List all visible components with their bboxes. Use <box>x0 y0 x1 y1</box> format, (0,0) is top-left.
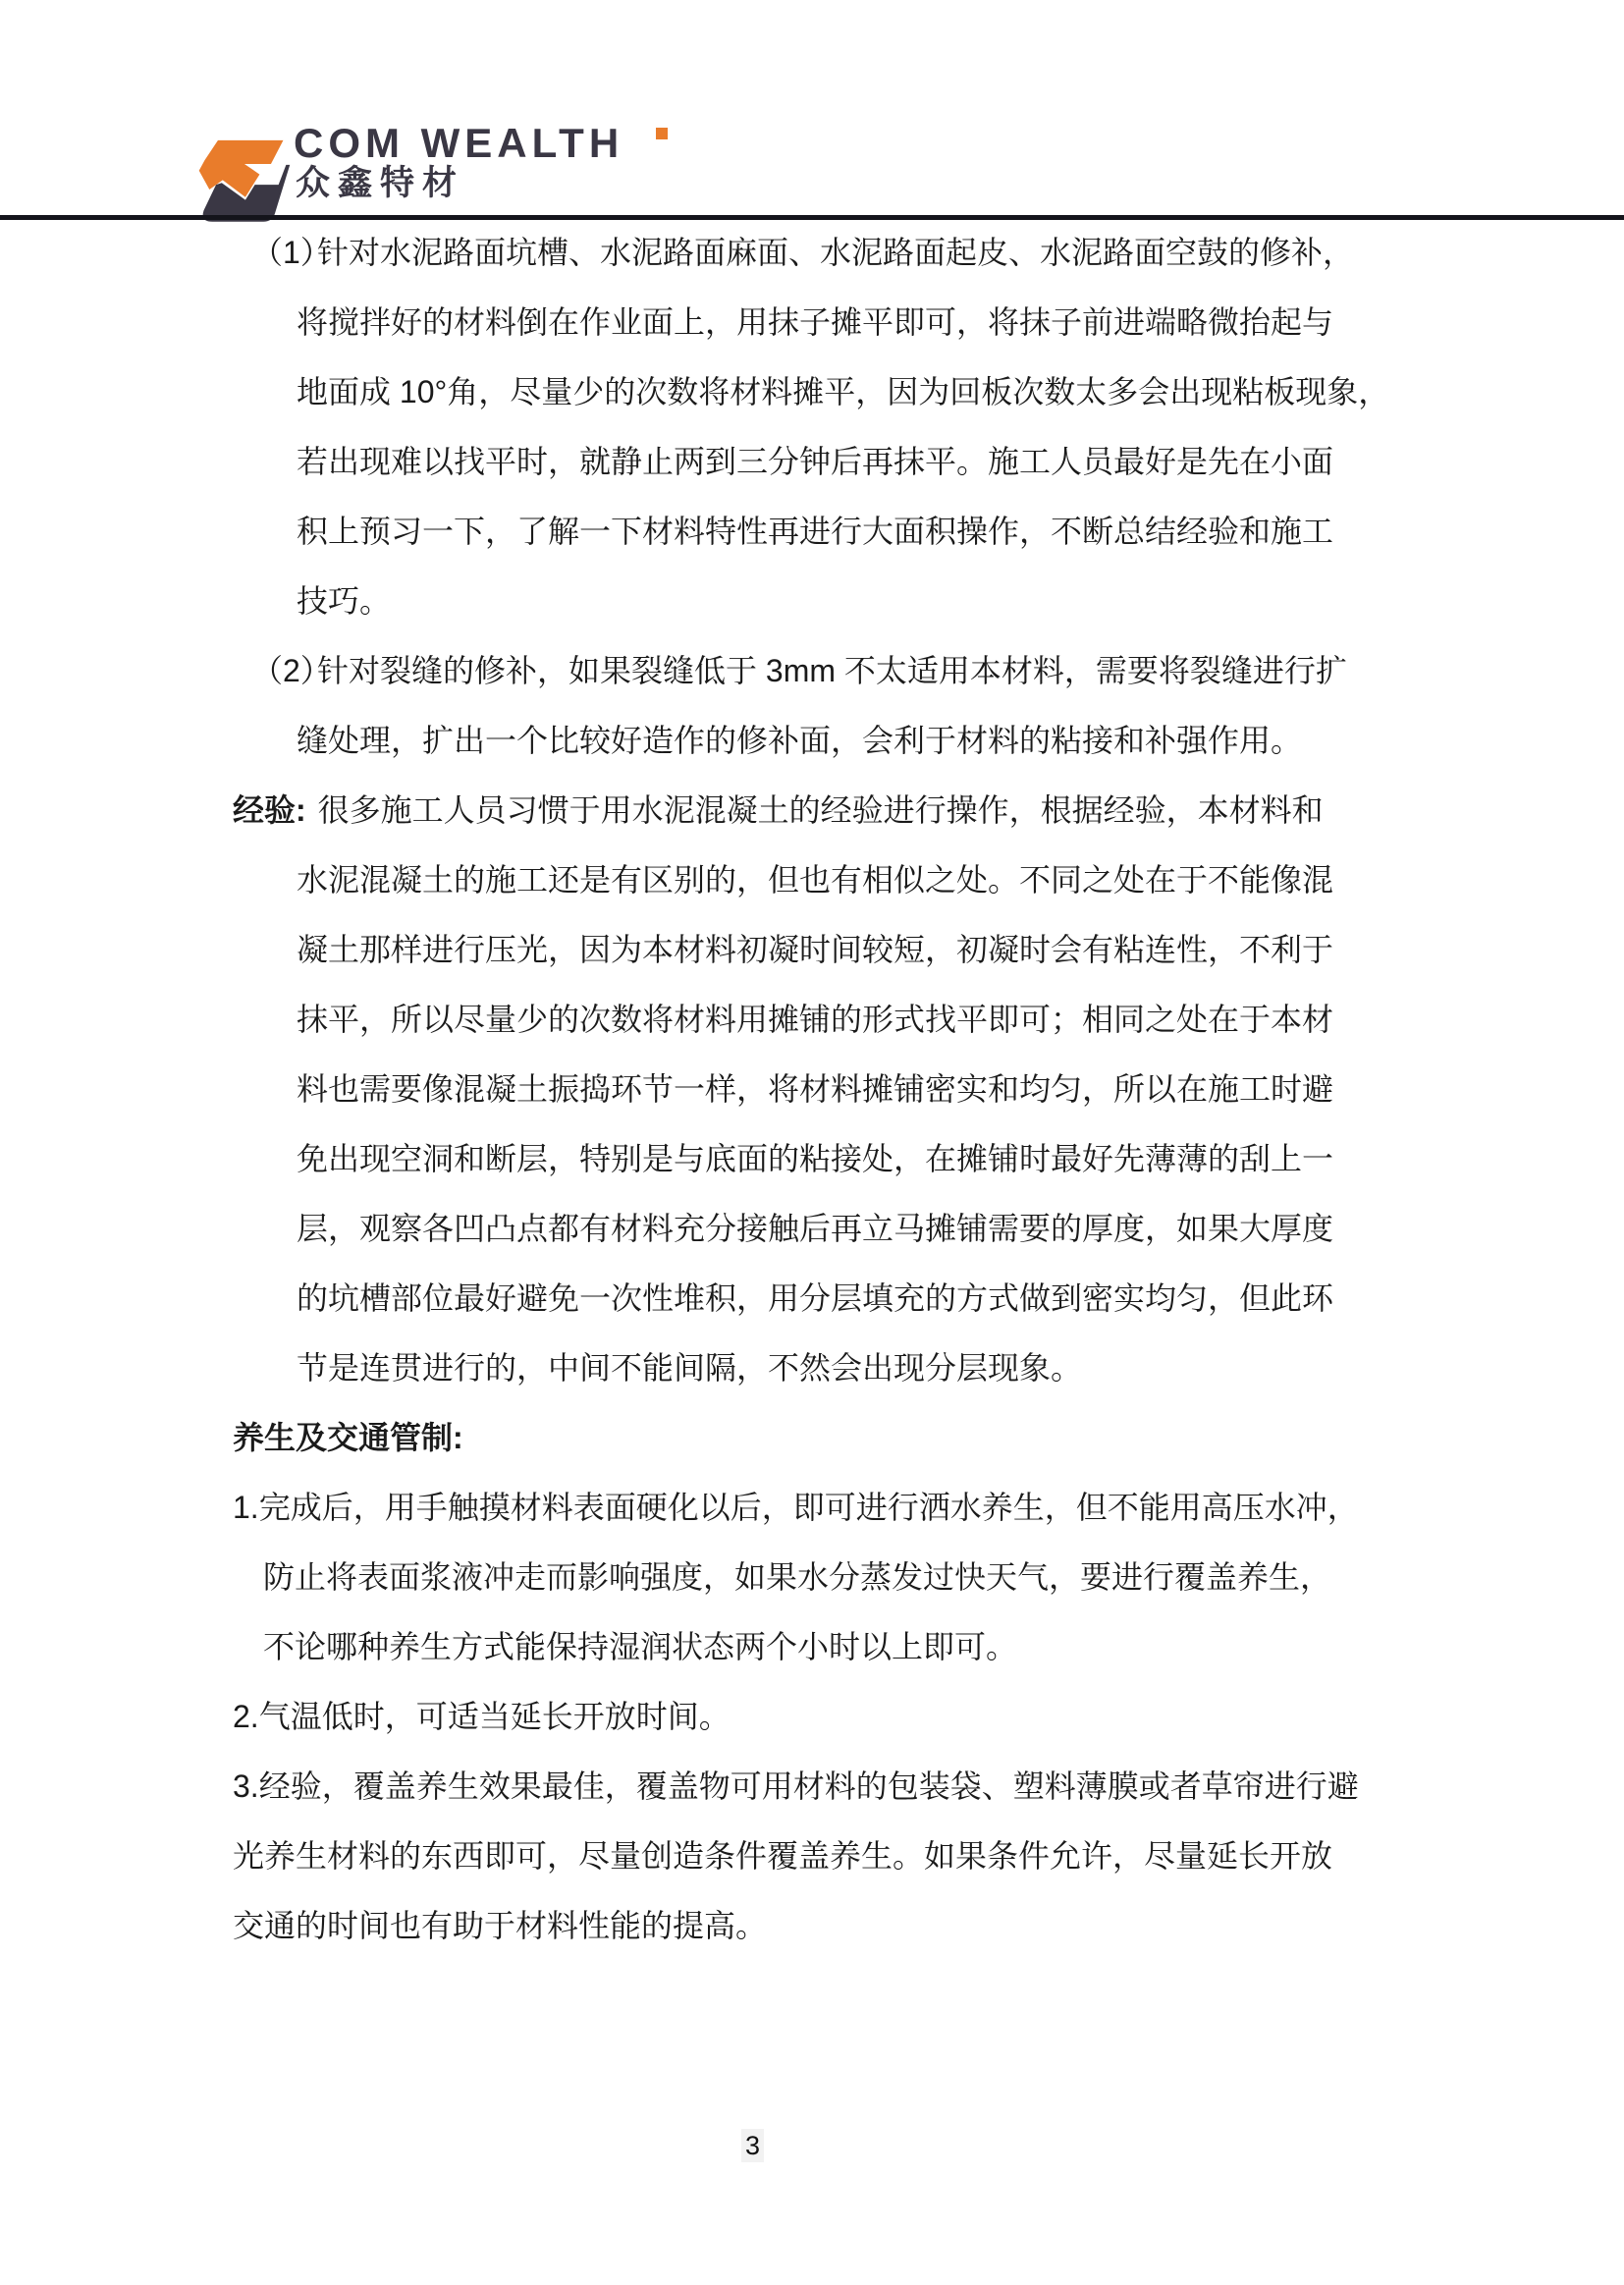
body-line: 层，观察各凹凸点都有材料充分接触后再立马摊铺需要的厚度，如果大厚度 <box>0 1194 1624 1264</box>
body-line: 养生及交通管制: <box>0 1403 1624 1473</box>
body-line: 2.气温低时，可适当延长开放时间。 <box>0 1682 1624 1752</box>
line-text: 不论哪种养生方式能保持湿润状态两个小时以上即可。 <box>263 1629 1017 1664</box>
line-text: 凝土那样进行压光，因为本材料初凝时间较短，初凝时会有粘连性，不利于 <box>297 932 1333 967</box>
line-text: 缝处理，扩出一个比较好造作的修补面，会利于材料的粘接和补强作用。 <box>297 723 1302 758</box>
body-line: 不论哪种养生方式能保持湿润状态两个小时以上即可。 <box>0 1612 1624 1682</box>
line-text: 防止将表面浆液冲走而影响强度，如果水分蒸发过快天气，要进行覆盖养生， <box>263 1559 1331 1595</box>
line-text: 料也需要像混凝土振捣环节一样，将材料摊铺密实和均匀，所以在施工时避 <box>297 1071 1333 1107</box>
body-line: 光养生材料的东西即可，尽量创造条件覆盖养生。如果条件允许，尽量延长开放 <box>0 1822 1624 1891</box>
line-text: 抹平，所以尽量少的次数将材料用摊铺的形式找平即可；相同之处在于本材 <box>297 1002 1333 1037</box>
line-text: 1.完成后，用手触摸材料表面硬化以后，即可进行洒水养生，但不能用高压水冲， <box>233 1490 1359 1525</box>
line-text: 2.气温低时，可适当延长开放时间。 <box>233 1699 731 1734</box>
body-line: 地面成 10°角，尽量少的次数将材料摊平，因为回板次数太多会出现粘板现象， <box>0 357 1624 427</box>
page-number: 3 <box>741 2129 764 2162</box>
list-marker: （2） <box>251 636 317 706</box>
list-marker: （1） <box>251 218 317 288</box>
body-line: （1）针对水泥路面坑槽、水泥路面麻面、水泥路面起皮、水泥路面空鼓的修补， <box>0 218 1624 288</box>
line-text: 的坑槽部位最好避免一次性堆积，用分层填充的方式做到密实均匀，但此环 <box>297 1280 1333 1316</box>
line-bold-prefix: 经验: <box>233 792 306 828</box>
brand-accent-dot <box>656 128 668 139</box>
body-line: 免出现空洞和断层，特别是与底面的粘接处，在摊铺时最好先薄薄的刮上一 <box>0 1124 1624 1194</box>
document-page: COM WEALTH 众鑫特材 （1）针对水泥路面坑槽、水泥路面麻面、水泥路面起… <box>0 0 1624 2285</box>
body-line: 技巧。 <box>0 567 1624 636</box>
line-text: 针对水泥路面坑槽、水泥路面麻面、水泥路面起皮、水泥路面空鼓的修补， <box>317 235 1354 270</box>
body-line: 经验:很多施工人员习惯于用水泥混凝土的经验进行操作，根据经验，本材料和 <box>0 776 1624 845</box>
body-line: 水泥混凝土的施工还是有区别的，但也有相似之处。不同之处在于不能像混 <box>0 845 1624 915</box>
line-text: 针对裂缝的修补，如果裂缝低于 3mm 不太适用本材料，需要将裂缝进行扩 <box>317 653 1347 688</box>
body-line: （2）针对裂缝的修补，如果裂缝低于 3mm 不太适用本材料，需要将裂缝进行扩 <box>0 636 1624 706</box>
body-line: 凝土那样进行压光，因为本材料初凝时间较短，初凝时会有粘连性，不利于 <box>0 915 1624 985</box>
line-text: 免出现空洞和断层，特别是与底面的粘接处，在摊铺时最好先薄薄的刮上一 <box>297 1141 1333 1176</box>
line-text: 很多施工人员习惯于用水泥混凝土的经验进行操作，根据经验，本材料和 <box>318 792 1324 828</box>
document-lines: （1）针对水泥路面坑槽、水泥路面麻面、水泥路面起皮、水泥路面空鼓的修补，将搅拌好… <box>0 218 1624 1961</box>
line-text: 养生及交通管制: <box>233 1420 463 1455</box>
body-line: 将搅拌好的材料倒在作业面上，用抹子摊平即可，将抹子前进端略微抬起与 <box>0 288 1624 357</box>
body-line: 1.完成后，用手触摸材料表面硬化以后，即可进行洒水养生，但不能用高压水冲， <box>0 1473 1624 1543</box>
line-text: 将搅拌好的材料倒在作业面上，用抹子摊平即可，将抹子前进端略微抬起与 <box>297 304 1333 340</box>
line-text: 3.经验，覆盖养生效果最佳，覆盖物可用材料的包装袋、塑料薄膜或者草帘进行避 <box>233 1768 1359 1804</box>
body-line: 若出现难以找平时，就静止两到三分钟后再抹平。施工人员最好是先在小面 <box>0 427 1624 497</box>
line-text: 层，观察各凹凸点都有材料充分接触后再立马摊铺需要的厚度，如果大厚度 <box>297 1211 1333 1246</box>
line-text: 光养生材料的东西即可，尽量创造条件覆盖养生。如果条件允许，尽量延长开放 <box>233 1838 1332 1874</box>
line-text: 积上预习一下，了解一下材料特性再进行大面积操作，不断总结经验和施工 <box>297 514 1333 549</box>
body-line: 防止将表面浆液冲走而影响强度，如果水分蒸发过快天气，要进行覆盖养生， <box>0 1543 1624 1612</box>
body-line: 的坑槽部位最好避免一次性堆积，用分层填充的方式做到密实均匀，但此环 <box>0 1264 1624 1333</box>
body-line: 缝处理，扩出一个比较好造作的修补面，会利于材料的粘接和补强作用。 <box>0 706 1624 776</box>
line-text: 水泥混凝土的施工还是有区别的，但也有相似之处。不同之处在于不能像混 <box>297 862 1333 898</box>
brand-name-en: COM WEALTH <box>294 122 623 165</box>
line-text: 地面成 10°角，尽量少的次数将材料摊平，因为回板次数太多会出现粘板现象， <box>297 374 1389 409</box>
body-line: 料也需要像混凝土振捣环节一样，将材料摊铺密实和均匀，所以在施工时避 <box>0 1055 1624 1124</box>
brand-name-cn: 众鑫特材 <box>296 165 464 202</box>
body-line: 3.经验，覆盖养生效果最佳，覆盖物可用材料的包装袋、塑料薄膜或者草帘进行避 <box>0 1752 1624 1822</box>
body-line: 积上预习一下，了解一下材料特性再进行大面积操作，不断总结经验和施工 <box>0 497 1624 567</box>
company-logo-icon <box>191 129 296 224</box>
line-text: 交通的时间也有助于材料性能的提高。 <box>233 1908 767 1943</box>
body-line: 交通的时间也有助于材料性能的提高。 <box>0 1891 1624 1961</box>
line-text: 若出现难以找平时，就静止两到三分钟后再抹平。施工人员最好是先在小面 <box>297 444 1333 479</box>
body-line: 节是连贯进行的，中间不能间隔，不然会出现分层现象。 <box>0 1333 1624 1403</box>
body-line: 抹平，所以尽量少的次数将材料用摊铺的形式找平即可；相同之处在于本材 <box>0 985 1624 1055</box>
line-text: 节是连贯进行的，中间不能间隔，不然会出现分层现象。 <box>297 1350 1082 1386</box>
line-text: 技巧。 <box>297 583 391 619</box>
